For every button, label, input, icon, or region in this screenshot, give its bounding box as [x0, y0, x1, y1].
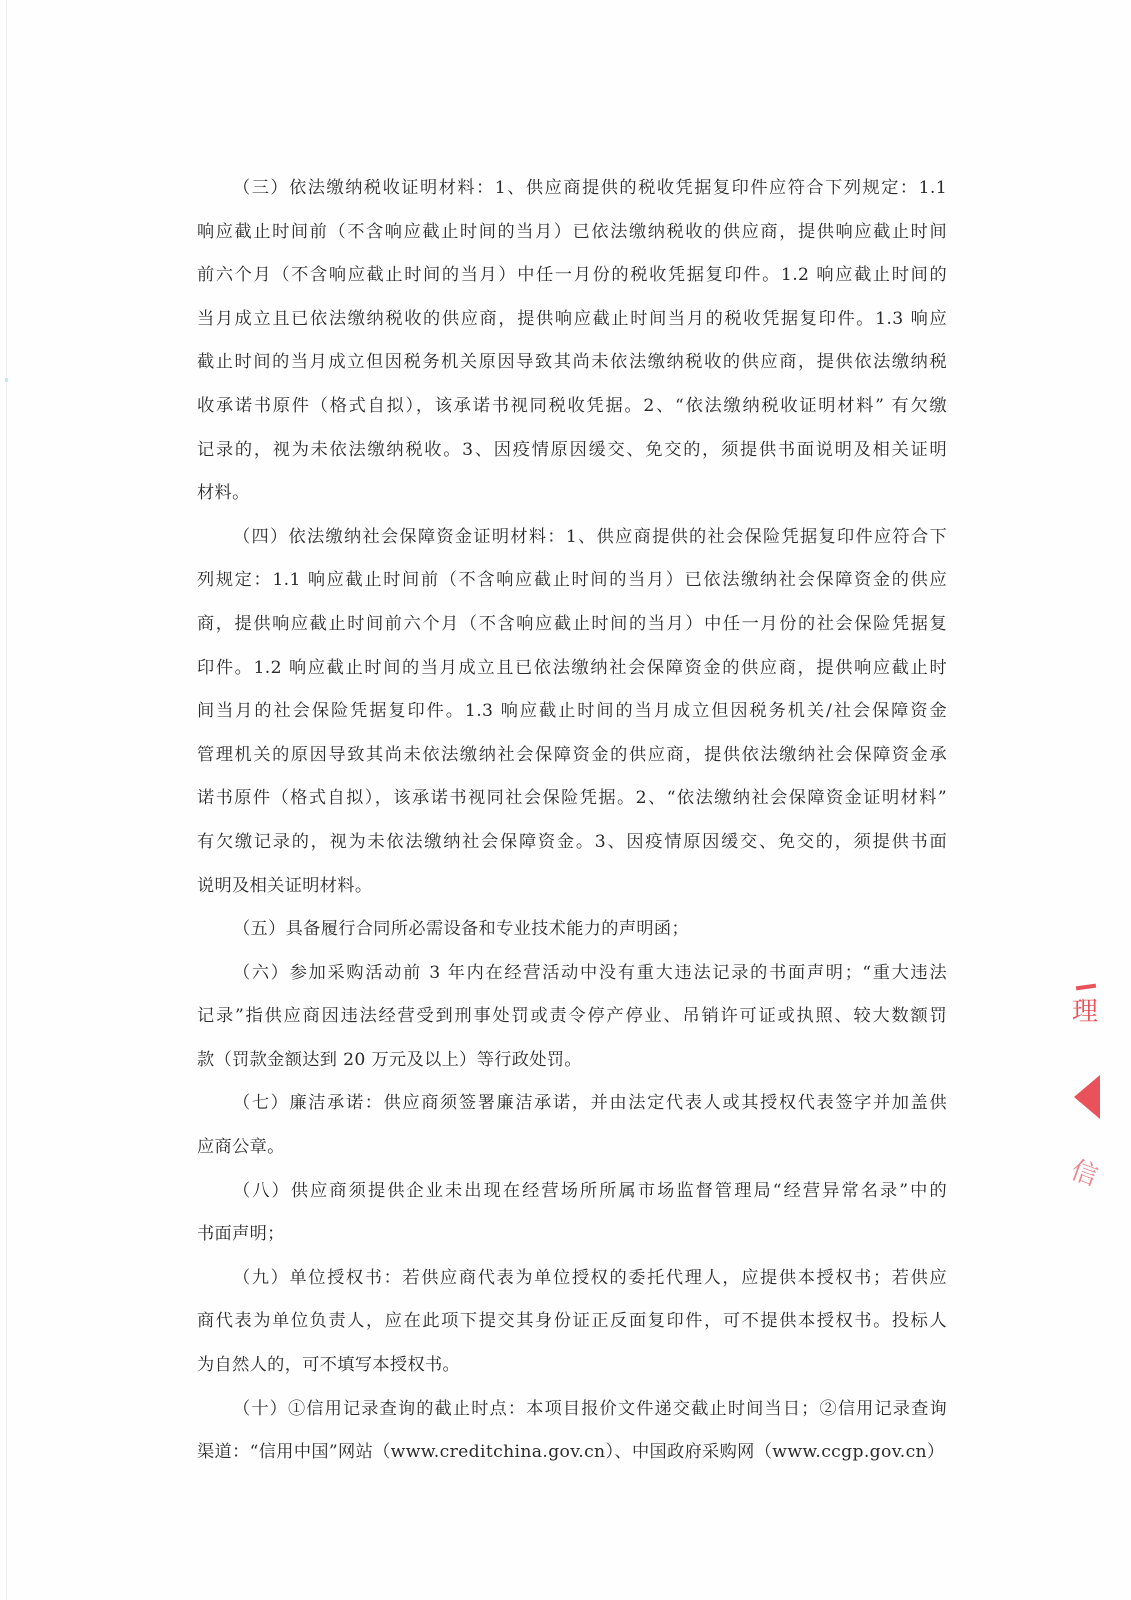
text-line: 当月成立且已依法缴纳税收的供应商，提供响应截止时间当月的税收凭据复印件。1.3 … [197, 304, 947, 348]
text-line: 截止时间的当月成立但因税务机关原因导致其尚未依法缴纳税收的供应商，提供依法缴纳税 [197, 347, 947, 391]
line-text: 响应截止时间前（不含响应截止时间的当月）已依法缴纳税收的供应商，提供响应截止时间 [197, 217, 947, 261]
line-text: 管理机关的原因导致其尚未依法缴纳社会保障资金的供应商，提供依法缴纳社会保障资金承 [197, 740, 947, 784]
text-line: （四）依法缴纳社会保障资金证明材料：1、供应商提供的社会保险凭据复印件应符合下 [197, 522, 947, 566]
line-text: 商代表为单位负责人，应在此项下提交其身份证正反面复印件，可不提供本授权书。投标人 [197, 1306, 947, 1350]
line-text: 商，提供响应截止时间前六个月（不含响应截止时间的当月）中任一月份的社会保险凭据复 [197, 609, 947, 653]
text-line: 渠道：“信用中国”网站（www.creditchina.gov.cn）、中国政府… [197, 1437, 947, 1481]
paragraph-qi: （七）廉洁承诺：供应商须签署廉洁承诺，并由法定代表人或其授权代表签字并加盖供应商… [197, 1088, 947, 1175]
line-text: 间当月的社会保险凭据复印件。1.3 响应截止时间的当月成立但因税务机关/社会保障… [197, 696, 947, 740]
line-text: 款（罚款金额达到 20 万元及以上）等行政处罚。 [197, 1045, 947, 1089]
paragraph-liu: （六）参加采购活动前 3 年内在经营活动中没有重大违法记录的书面声明；“重大违法… [197, 958, 947, 1089]
text-line: （三）依法缴纳税收证明材料：1、供应商提供的税收凭据复印件应符合下列规定：1.1 [197, 173, 947, 217]
line-text: 书面声明； [197, 1219, 947, 1263]
scan-edge-line [6, 0, 7, 1600]
text-line: 应商公章。 [197, 1132, 947, 1176]
text-line: （十）①信用记录查询的截止时点：本项目报价文件递交截止时间当日；②信用记录查询 [197, 1394, 947, 1438]
line-text: 印件。1.2 响应截止时间的当月成立且已依法缴纳社会保障资金的供应商，提供响应截… [197, 653, 947, 697]
paragraph-jiu: （九）单位授权书：若供应商代表为单位授权的委托代理人，应提供本授权书；若供应商代… [197, 1263, 947, 1394]
line-text: 有欠缴记录的，视为未依法缴纳社会保障资金。3、因疫情原因缓交、免交的，须提供书面 [197, 827, 947, 871]
stamp-border-top [1076, 984, 1096, 991]
line-text: 截止时间的当月成立但因税务机关原因导致其尚未依法缴纳税收的供应商，提供依法缴纳税 [197, 347, 947, 391]
line-text: （三）依法缴纳税收证明材料：1、供应商提供的税收凭据复印件应符合下列规定：1.1 [233, 173, 947, 217]
line-text: 记录的，视为未依法缴纳税收。3、因疫情原因缓交、免交的，须提供书面说明及相关证明 [197, 435, 947, 479]
paragraph-shi: （十）①信用记录查询的截止时点：本项目报价文件递交截止时间当日；②信用记录查询渠… [197, 1394, 947, 1481]
line-text: 为自然人的，可不填写本授权书。 [197, 1350, 947, 1394]
text-line: （八）供应商须提供企业未出现在经营场所所属市场监督管理局“经营异常名录”中的 [197, 1176, 947, 1220]
stamp-char-1: 理 [1072, 991, 1098, 1028]
text-line: 记录的，视为未依法缴纳税收。3、因疫情原因缓交、免交的，须提供书面说明及相关证明 [197, 435, 947, 479]
text-line: （九）单位授权书：若供应商代表为单位授权的委托代理人，应提供本授权书；若供应 [197, 1263, 947, 1307]
line-text: 当月成立且已依法缴纳税收的供应商，提供响应截止时间当月的税收凭据复印件。1.3 … [197, 304, 947, 348]
line-text: 诺书原件（格式自拟），该承诺书视同社会保险凭据。2、“依法缴纳社会保障资金证明材… [197, 783, 947, 827]
stamp-char-2: 信 [1066, 1150, 1103, 1194]
text-line: （七）廉洁承诺：供应商须签署廉洁承诺，并由法定代表人或其授权代表签字并加盖供 [197, 1088, 947, 1132]
line-text: （五）具备履行合同所必需设备和专业技术能力的声明函； [233, 914, 947, 958]
line-text: 记录”指供应商因违法经营受到刑事处罚或责令停产停业、吊销许可证或执照、较大数额罚 [197, 1001, 947, 1045]
line-text: （七）廉洁承诺：供应商须签署廉洁承诺，并由法定代表人或其授权代表签字并加盖供 [233, 1088, 947, 1132]
line-text: 渠道：“信用中国”网站（www.creditchina.gov.cn）、中国政府… [197, 1437, 947, 1481]
text-line: 说明及相关证明材料。 [197, 871, 947, 915]
line-text: （九）单位授权书：若供应商代表为单位授权的委托代理人，应提供本授权书；若供应 [233, 1263, 947, 1307]
line-text: （八）供应商须提供企业未出现在经营场所所属市场监督管理局“经营异常名录”中的 [233, 1176, 947, 1220]
text-line: 印件。1.2 响应截止时间的当月成立且已依法缴纳社会保障资金的供应商，提供响应截… [197, 653, 947, 697]
text-line: （五）具备履行合同所必需设备和专业技术能力的声明函； [197, 914, 947, 958]
document-body: （三）依法缴纳税收证明材料：1、供应商提供的税收凭据复印件应符合下列规定：1.1… [197, 173, 947, 1481]
text-line: 商代表为单位负责人，应在此项下提交其身份证正反面复印件，可不提供本授权书。投标人 [197, 1306, 947, 1350]
text-line: 记录”指供应商因违法经营受到刑事处罚或责令停产停业、吊销许可证或执照、较大数额罚 [197, 1001, 947, 1045]
line-text: 收承诺书原件（格式自拟），该承诺书视同税收凭据。2、“依法缴纳税收证明材料” 有… [197, 391, 947, 435]
text-line: 款（罚款金额达到 20 万元及以上）等行政处罚。 [197, 1045, 947, 1089]
text-line: 为自然人的，可不填写本授权书。 [197, 1350, 947, 1394]
paragraph-ba: （八）供应商须提供企业未出现在经营场所所属市场监督管理局“经营异常名录”中的书面… [197, 1176, 947, 1263]
line-text: 列规定：1.1 响应截止时间前（不含响应截止时间的当月）已依法缴纳社会保障资金的… [197, 565, 947, 609]
line-text: （十）①信用记录查询的截止时点：本项目报价文件递交截止时间当日；②信用记录查询 [233, 1394, 947, 1438]
red-seal-stamp: 理 信 [1068, 985, 1131, 1205]
text-line: 列规定：1.1 响应截止时间前（不含响应截止时间的当月）已依法缴纳社会保障资金的… [197, 565, 947, 609]
line-text: （四）依法缴纳社会保障资金证明材料：1、供应商提供的社会保险凭据复印件应符合下 [233, 522, 947, 566]
paragraph-wu: （五）具备履行合同所必需设备和专业技术能力的声明函； [197, 914, 947, 958]
text-line: 间当月的社会保险凭据复印件。1.3 响应截止时间的当月成立但因税务机关/社会保障… [197, 696, 947, 740]
document-page: （三）依法缴纳税收证明材料：1、供应商提供的税收凭据复印件应符合下列规定：1.1… [0, 0, 1131, 1600]
text-line: 诺书原件（格式自拟），该承诺书视同社会保险凭据。2、“依法缴纳社会保障资金证明材… [197, 783, 947, 827]
text-line: 收承诺书原件（格式自拟），该承诺书视同税收凭据。2、“依法缴纳税收证明材料” 有… [197, 391, 947, 435]
line-text: （六）参加采购活动前 3 年内在经营活动中没有重大违法记录的书面声明；“重大违法 [233, 958, 947, 1002]
text-line: 书面声明； [197, 1219, 947, 1263]
text-line: 前六个月（不含响应截止时间的当月）中任一月份的税收凭据复印件。1.2 响应截止时… [197, 260, 947, 304]
line-text: 应商公章。 [197, 1132, 947, 1176]
scan-artifact [5, 378, 8, 382]
text-line: 材料。 [197, 478, 947, 522]
text-line: 有欠缴记录的，视为未依法缴纳社会保障资金。3、因疫情原因缓交、免交的，须提供书面 [197, 827, 947, 871]
text-line: 管理机关的原因导致其尚未依法缴纳社会保障资金的供应商，提供依法缴纳社会保障资金承 [197, 740, 947, 784]
line-text: 前六个月（不含响应截止时间的当月）中任一月份的税收凭据复印件。1.2 响应截止时… [197, 260, 947, 304]
text-line: （六）参加采购活动前 3 年内在经营活动中没有重大违法记录的书面声明；“重大违法 [197, 958, 947, 1002]
text-line: 商，提供响应截止时间前六个月（不含响应截止时间的当月）中任一月份的社会保险凭据复 [197, 609, 947, 653]
paragraph-san: （三）依法缴纳税收证明材料：1、供应商提供的税收凭据复印件应符合下列规定：1.1… [197, 173, 947, 522]
line-text: 说明及相关证明材料。 [197, 871, 947, 915]
stamp-star-icon [1074, 1075, 1100, 1119]
paragraph-si: （四）依法缴纳社会保障资金证明材料：1、供应商提供的社会保险凭据复印件应符合下列… [197, 522, 947, 914]
line-text: 材料。 [197, 478, 947, 522]
text-line: 响应截止时间前（不含响应截止时间的当月）已依法缴纳税收的供应商，提供响应截止时间 [197, 217, 947, 261]
